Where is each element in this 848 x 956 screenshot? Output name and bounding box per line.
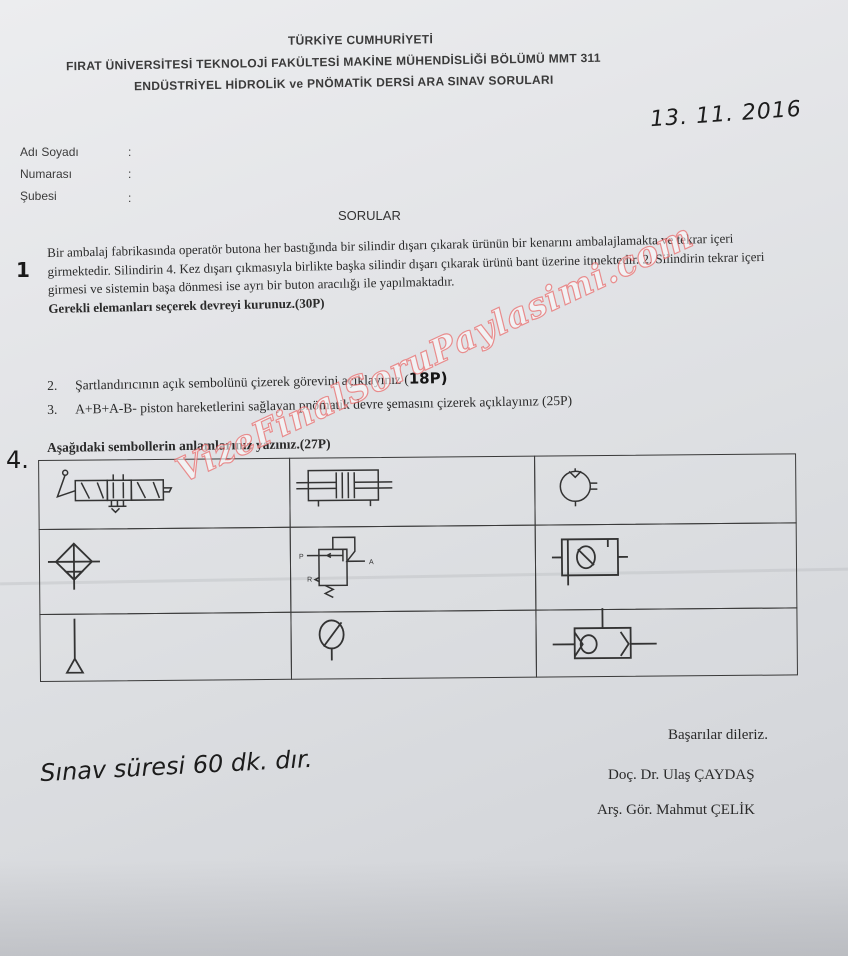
double-acting-cylinder-icon	[296, 466, 396, 517]
symbol-cell-pressure-gauge	[290, 610, 537, 680]
header-country: TÜRKİYE CUMHURİYETİ	[288, 32, 433, 48]
svg-text:A: A	[369, 559, 374, 566]
header-course: ENDÜSTRİYEL HİDROLİK ve PNÖMATİK DERSİ A…	[134, 73, 554, 94]
handwritten-exam-duration: Sınav süresi 60 dk. dır.	[39, 745, 313, 787]
section-title: SORULAR	[338, 208, 401, 223]
svg-text:P: P	[299, 554, 304, 561]
valve-5-3-lever-icon	[53, 466, 173, 517]
signatory-2: Arş. Gör. Mahmut ÇELİK	[597, 802, 755, 819]
closing-wish: Başarılar dileriz.	[668, 727, 768, 744]
field-number-colon: :	[128, 167, 131, 181]
field-number-label: Numarası	[20, 167, 72, 181]
symbol-cell-5-3-valve	[38, 458, 291, 530]
svg-text:R: R	[307, 577, 312, 584]
pneumatic-motor-icon	[553, 464, 613, 515]
question-1-instruction: Gerekli elemanları seçerek devreyi kurun…	[48, 295, 324, 316]
symbol-cell-motor	[534, 453, 797, 525]
symbol-cell-cylinder	[289, 456, 536, 528]
question-3-number: 3.	[47, 402, 75, 418]
field-name-colon: :	[128, 145, 131, 159]
symbol-cell-pressure-regulator: P R A	[290, 525, 537, 613]
symbols-table: P R A	[38, 445, 798, 682]
pressure-reducing-valve-icon: P R A	[299, 531, 410, 602]
field-section-colon: :	[128, 191, 131, 205]
exam-paper: TÜRKİYE CUMHURİYETİ FIRAT ÜNİVERSİTESİ T…	[0, 0, 848, 956]
rotary-actuator-icon	[548, 535, 639, 596]
silencer-icon	[60, 616, 101, 676]
symbol-cell-silencer	[39, 612, 292, 682]
header-university: FIRAT ÜNİVERSİTESİ TEKNOLOJİ FAKÜLTESİ M…	[66, 51, 601, 73]
pressure-gauge-icon	[315, 616, 356, 676]
question-2-number: 2.	[47, 378, 75, 394]
field-section-label: Şubesi	[20, 189, 57, 203]
filter-water-separator-icon	[44, 539, 115, 600]
symbol-cell-shuttle-valve	[535, 607, 798, 677]
symbol-cell-rotary-actuator	[535, 522, 798, 610]
shuttle-valve-icon	[548, 604, 669, 665]
signatory-1: Doç. Dr. Ulaş ÇAYDAŞ	[608, 767, 755, 784]
question-1-number: 1	[16, 258, 30, 282]
symbol-cell-filter	[39, 527, 292, 615]
paper-shadow	[0, 860, 848, 956]
field-name-label: Adı Soyadı	[20, 145, 79, 159]
question-4-number: 4.	[6, 446, 29, 474]
handwritten-date: 13. 11. 2016	[649, 97, 802, 133]
